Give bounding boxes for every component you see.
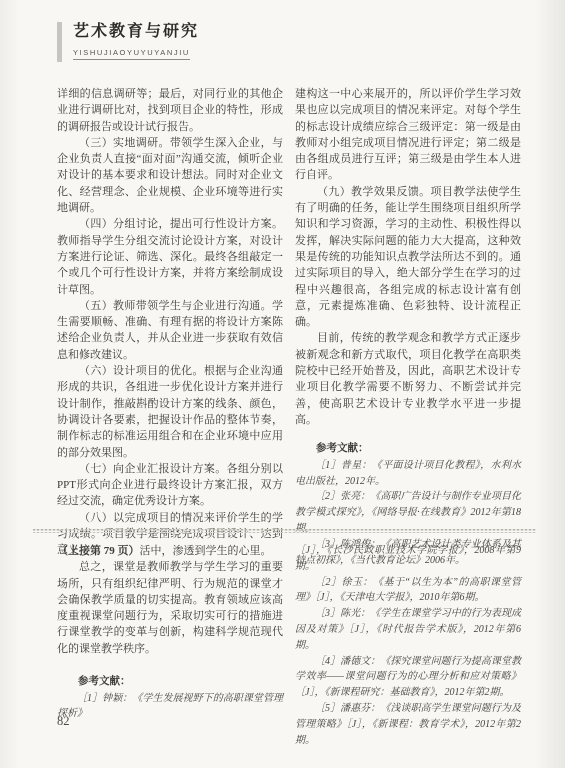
reference-entry: ［3］陈光：《学生在课堂学习中的行为表现成因及对策》［J］，《时代报告学术版》，… (295, 606, 521, 653)
paragraph: （三）实地调研。带领学生深入企业，与企业负责人直接“面对面”沟通交流，倾听企业对… (57, 135, 283, 216)
continued-line: （上接第 79 页）活中，渗透到学生的心里。 (57, 543, 283, 559)
journal-pinyin: YISHUJIAOYUYUYANJIU (73, 48, 190, 60)
article2-body: （上接第 79 页）活中，渗透到学生的心里。 总之，课堂是教师教学与学生学习的重… (57, 543, 521, 748)
reference-entry: ［1］普星：《平面设计项目化教程》，水利水电出版社，2012年。 (295, 458, 521, 490)
article1-left-column: 详细的信息调研等；最后，对同行业的其他企业进行调研比对，找到项目企业的特性，形成… (57, 86, 283, 568)
journal-page: 艺术教育与研究 YISHUJIAOYUYUYANJIU 详细的信息调研等；最后，… (0, 0, 565, 768)
reference-entry: ［1］钟颖：《学生发展视野下的高职课堂管理探析》 (57, 691, 283, 723)
journal-title: 艺术教育与研究 (73, 22, 199, 42)
reference-entry: ［5］潘惠芬：《浅谈职高学生课堂问题行为及管理策略》［J］，《新课程：教育学术》… (295, 701, 521, 748)
paragraph: （五）教师带领学生与企业进行沟通。学生需要顺畅、准确、有理有据的将设计方案陈述给… (57, 298, 283, 363)
article1-right-column: 建构这一中心来展开的，所以评价学生学习效果也应以完成项目的情况来评定。对每个学生… (295, 86, 521, 568)
reference-entry: ［2］徐玉：《基于“以生为本”的高职课堂管理》［J］，《天津电大学报》，2010… (295, 575, 521, 607)
article1-right-paragraphs: 建构这一中心来展开的，所以评价学生学习效果也应以完成项目的情况来评定。对每个学生… (295, 86, 521, 428)
continued-from-label: （上接第 79 页） (57, 545, 140, 557)
paragraph: （六）设计项目的优化。根据与企业沟通形成的共识，各组进一步优化设计方案并进行设计… (57, 363, 283, 461)
article1-body: 详细的信息调研等；最后，对同行业的其他企业进行调研比对，找到项目企业的特性，形成… (57, 86, 521, 568)
paragraph: 目前，传统的教学观念和教学方式正逐步被新观念和新方式取代，项目化教学在高职类院校… (295, 330, 521, 428)
section-divider (33, 529, 536, 533)
paragraph: （九）教学效果反馈。项目教学法使学生有了明确的任务，能让学生围绕项目组织所学知识… (295, 184, 521, 331)
paragraph: 详细的信息调研等；最后，对同行业的其他企业进行调研比对，找到项目企业的特性，形成… (57, 86, 283, 135)
reference-entry: ［4］潘德文：《探究课堂问题行为提高课堂教学效率——课堂问题行为的心理分析和应对… (295, 654, 521, 701)
page-number: 82 (57, 714, 70, 729)
header-accent-bar (57, 22, 62, 62)
reference-entry: ［J］，《长沙民政职业技术学院学报》，2008年第9期。 (295, 543, 521, 575)
references-heading: 参考文献： (57, 674, 283, 691)
article2-left-column: （上接第 79 页）活中，渗透到学生的心里。 总之，课堂是教师教学与学生学习的重… (57, 543, 283, 748)
article2-right-column: ［J］，《长沙民政职业技术学院学报》，2008年第9期。［2］徐玉：《基于“以生… (295, 543, 521, 748)
paragraph: 总之，课堂是教师教学与学生学习的重要场所，只有组织纪律严明、行为规范的课堂才会确… (57, 559, 283, 657)
continued-text: 活中，渗透到学生的心里。 (140, 545, 272, 557)
journal-logo: 艺术教育与研究 YISHUJIAOYUYUYANJIU (73, 22, 199, 62)
paragraph: （四）分组讨论，提出可行性设计方案。教师指导学生分组交流讨论设计方案，对设计方案… (57, 216, 283, 297)
references-heading: 参考文献： (295, 441, 521, 458)
paragraph: （七）向企业汇报设计方案。各组分别以PPT形式向企业进行最终设计方案汇报，双方经… (57, 461, 283, 510)
paragraph: 建构这一中心来展开的，所以评价学生学习效果也应以完成项目的情况来评定。对每个学生… (295, 86, 521, 184)
journal-header: 艺术教育与研究 YISHUJIAOYUYUYANJIU (57, 22, 199, 62)
